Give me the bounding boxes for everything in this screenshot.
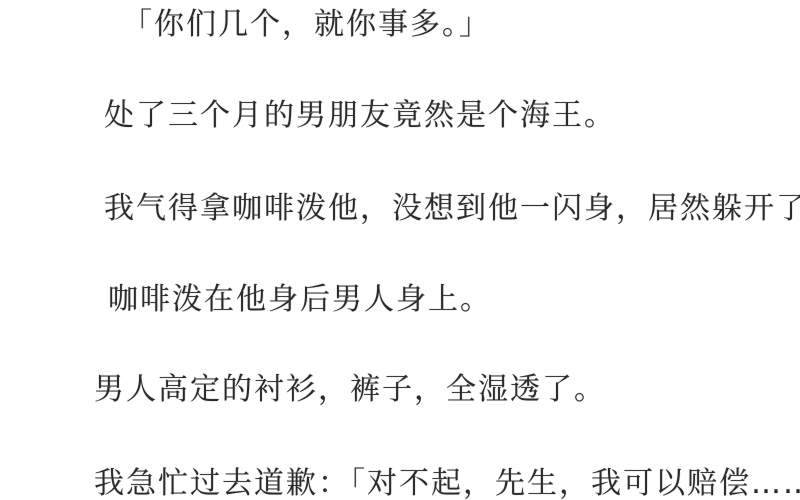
story-line: 男人高定的衬衫，裤子，全湿透了。 bbox=[94, 372, 606, 408]
story-line: 我气得拿咖啡泼他，没想到他一闪身，居然躲开了。 bbox=[104, 191, 800, 227]
story-line: 「你们几个，就你事多。」 bbox=[122, 7, 491, 43]
story-line: 处了三个月的男朋友竟然是个海王。 bbox=[104, 98, 616, 134]
story-line: 咖啡泼在他身后男人身上。 bbox=[108, 282, 492, 318]
story-line-truncated: 我急忙过去道歉：「对不起，先生，我可以赔偿……还 bbox=[94, 466, 800, 500]
story-page: 「你们几个，就你事多。」 处了三个月的男朋友竟然是个海王。 我气得拿咖啡泼他，没… bbox=[0, 0, 800, 500]
